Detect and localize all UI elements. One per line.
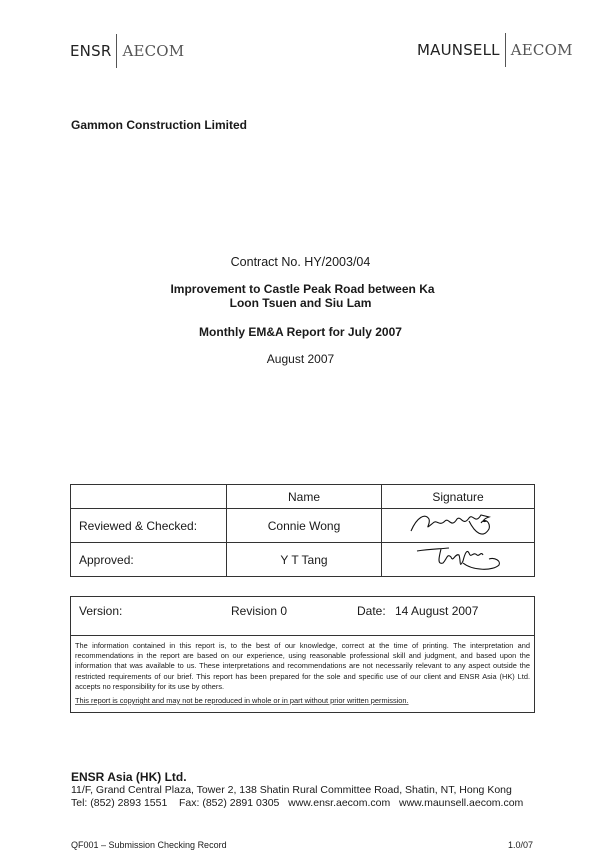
table-header-row: Name Signature	[71, 485, 535, 509]
maunsell-aecom-logo: MAUNSELL AECOM	[417, 33, 573, 67]
header-cell-empty	[71, 485, 227, 509]
name-cell: Y T Tang	[227, 543, 382, 577]
logo-aecom-text: AECOM	[511, 41, 573, 59]
version-value: Revision 0	[231, 604, 287, 618]
logo-maunsell-text: MAUNSELL	[417, 41, 500, 59]
report-date: August 2007	[0, 352, 601, 366]
table-row: Reviewed & Checked: Connie Wong	[71, 509, 535, 543]
logo-divider	[505, 33, 506, 67]
role-cell: Approved:	[71, 543, 227, 577]
logo-ensr-text: ENSR	[70, 42, 111, 60]
company-name: ENSR Asia (HK) Ltd.	[71, 770, 187, 784]
table-row: Approved: Y T Tang	[71, 543, 535, 577]
project-title-line2: Loon Tsuen and Siu Lam	[0, 296, 601, 310]
disclaimer-text: The information contained in this report…	[71, 636, 534, 692]
copyright-notice: This report is copyright and may not be …	[71, 692, 534, 706]
name-cell: Connie Wong	[227, 509, 382, 543]
date-value: 14 August 2007	[395, 604, 478, 618]
signature-icon	[403, 509, 513, 539]
client-name: Gammon Construction Limited	[71, 118, 247, 132]
role-cell: Reviewed & Checked:	[71, 509, 227, 543]
company-contact: Tel: (852) 2893 1551 Fax: (852) 2891 030…	[71, 797, 523, 809]
version-label: Version:	[79, 604, 122, 618]
date-label: Date:	[357, 604, 386, 618]
signature-icon	[403, 543, 513, 573]
version-row: Version: Revision 0 Date: 14 August 2007	[71, 597, 534, 636]
version-box: Version: Revision 0 Date: 14 August 2007…	[70, 596, 535, 713]
contract-number: Contract No. HY/2003/04	[0, 255, 601, 269]
signature-cell	[382, 509, 535, 543]
logo-aecom-text: AECOM	[122, 42, 184, 60]
company-address: 11/F, Grand Central Plaza, Tower 2, 138 …	[71, 784, 512, 796]
report-title: Monthly EM&A Report for July 2007	[0, 325, 601, 339]
ensr-aecom-logo: ENSR AECOM	[70, 34, 184, 68]
logo-divider	[116, 34, 117, 68]
form-version: 1.0/07	[508, 840, 533, 850]
form-reference: QF001 – Submission Checking Record	[71, 840, 227, 850]
header-cell-signature: Signature	[382, 485, 535, 509]
project-title-line1: Improvement to Castle Peak Road between …	[2, 282, 601, 296]
signature-cell	[382, 543, 535, 577]
approval-table: Name Signature Reviewed & Checked: Conni…	[70, 484, 535, 577]
header-cell-name: Name	[227, 485, 382, 509]
